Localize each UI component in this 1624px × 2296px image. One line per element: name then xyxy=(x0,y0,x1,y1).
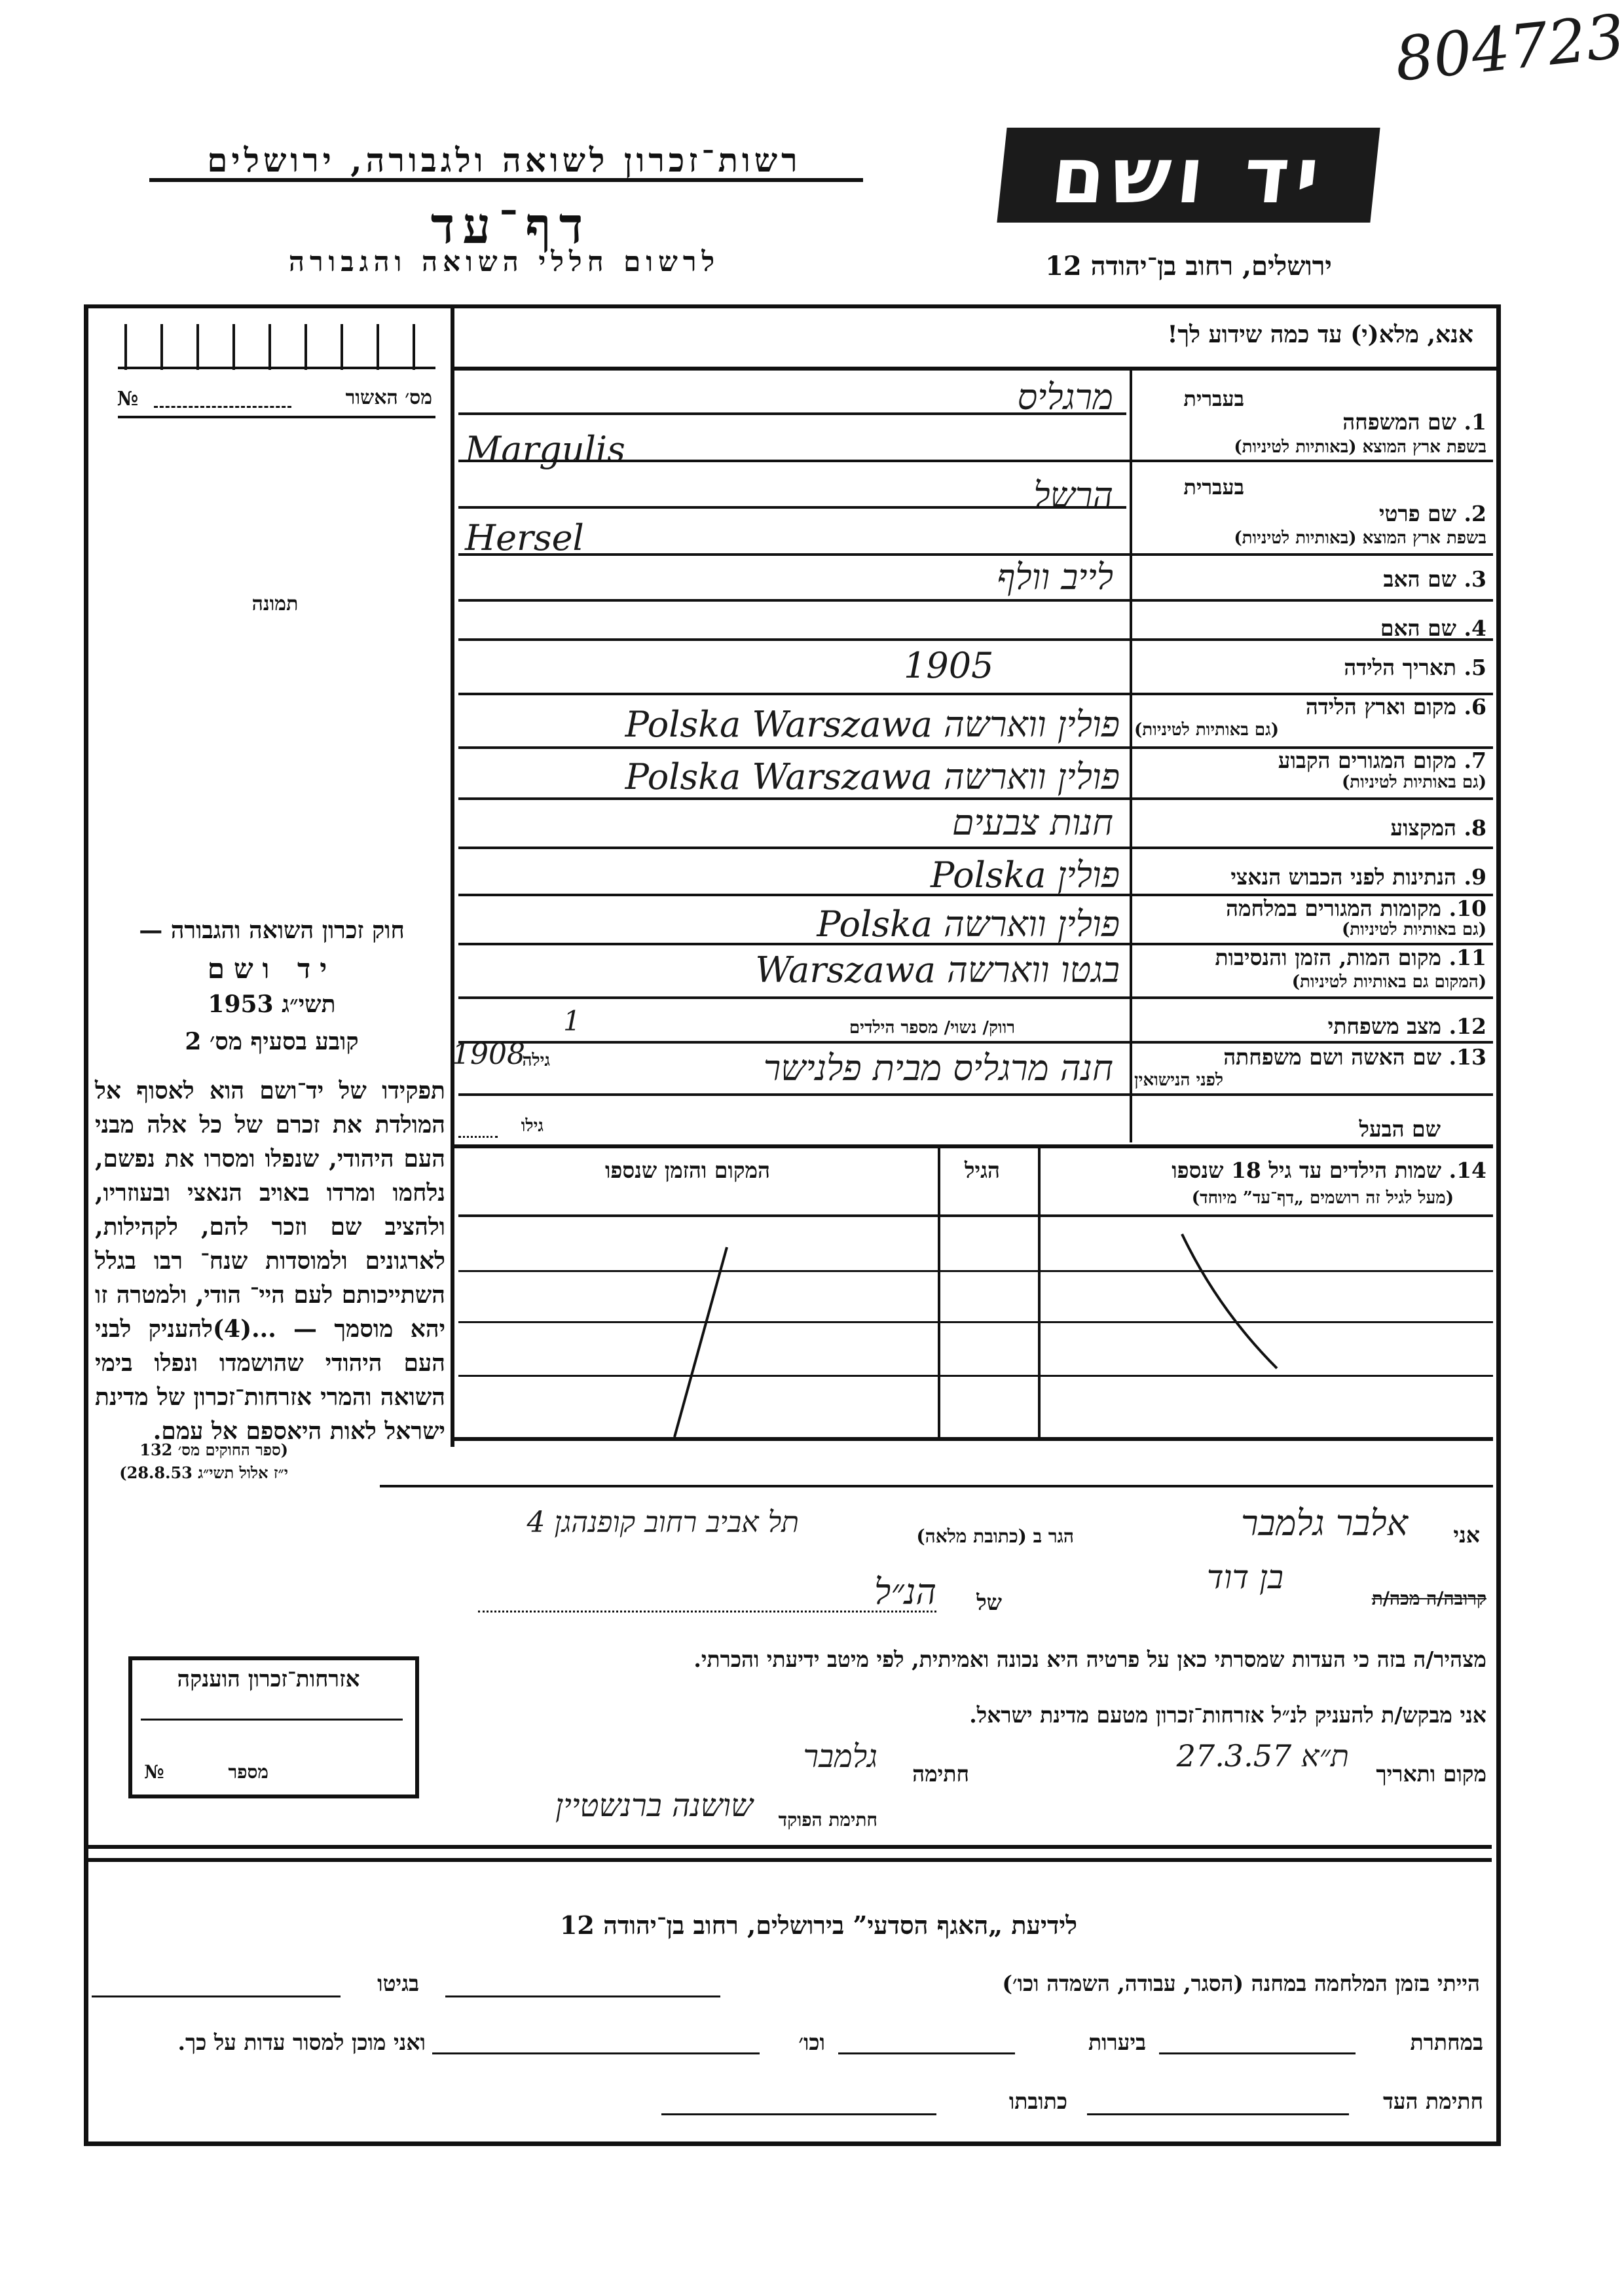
row-line xyxy=(458,553,1493,556)
birth-date-value[interactable]: 1905 xyxy=(904,645,1100,686)
children-struck-line-left xyxy=(668,1244,733,1440)
children-col-divider xyxy=(1038,1147,1041,1438)
children-bottom-line xyxy=(452,1437,1493,1441)
field-12-label: 12. מצב משפחתי xyxy=(1153,1013,1486,1040)
law-reference-2: י״ז אלול תשי״ג 28.8.53) xyxy=(98,1463,288,1483)
record-boxes-baseline xyxy=(118,367,435,369)
declaration-ani: אני xyxy=(1421,1522,1480,1548)
field-7-sublabel: (גם באותיות לטיניות) xyxy=(1134,773,1486,792)
row-line xyxy=(452,1144,1493,1148)
row-line xyxy=(458,599,1493,602)
place-date-label: מקום ותאריך xyxy=(1356,1761,1486,1787)
note-bottom-line xyxy=(380,1485,1493,1487)
row-line xyxy=(458,1093,1493,1096)
row-line xyxy=(458,797,1493,800)
field-1-tag: בעברית xyxy=(1139,386,1244,411)
field-11-label: 11. מקום המות, הזמן והנסיבות xyxy=(1139,945,1486,971)
residing-at-label: הגר ב (כתובת מלאה) xyxy=(805,1525,1074,1548)
underground-field[interactable] xyxy=(1159,2052,1356,2054)
stamp-title: אזרחות־זכרון הוענקה xyxy=(138,1666,399,1692)
children-row-2[interactable] xyxy=(458,1321,1493,1323)
declaration-statement-2: אני מבקש/ת להעניק לנ״ל אזרחות־זכרון מטעם… xyxy=(458,1702,1486,1728)
given-name-hebrew[interactable]: הרשל xyxy=(786,475,1113,516)
witness-address-label: כתובתו xyxy=(950,2088,1067,2115)
signature-label: חתימה xyxy=(884,1761,969,1787)
row-line xyxy=(458,1041,1493,1044)
witness-address-field[interactable] xyxy=(661,2113,936,2115)
husband-name-label: שם הבעל xyxy=(1153,1116,1441,1142)
logo-text: יד ושם xyxy=(1047,130,1330,221)
children-count-value[interactable]: 1 xyxy=(563,1005,642,1037)
field-5-label: 5. תאריך הלידה xyxy=(1153,655,1486,681)
field-9-label: 9. הנתינות לפני הכבוש הנאצי xyxy=(1139,864,1486,890)
death-place-value[interactable]: בגטו ווארשה Warszawa xyxy=(465,949,1120,991)
forests-field[interactable] xyxy=(838,2052,1015,2054)
institution-address: ירושלים, רחוב בן־יהודה 12 xyxy=(1002,251,1375,282)
field-7-label: 7. מקום המגורים הקבוע xyxy=(1153,748,1486,774)
field-2-label: 2. שם פרטי xyxy=(1153,501,1486,527)
row-line xyxy=(458,506,1126,509)
witness-signature-label: חתימת העד xyxy=(1362,2088,1483,2115)
father-name-value[interactable]: לייב וולף xyxy=(655,556,1113,598)
wife-age-value[interactable]: 1908 xyxy=(452,1038,530,1071)
wife-name-value[interactable]: חנה מרגליס מבית פלנישר xyxy=(524,1048,1113,1089)
instruction-divider xyxy=(452,367,1496,371)
row-line xyxy=(458,638,1493,641)
submitter-name-value[interactable]: אלבר גלמבר xyxy=(1080,1503,1408,1544)
other-field[interactable] xyxy=(432,2052,760,2054)
profession-value[interactable]: חנות צבעים xyxy=(524,802,1113,843)
form-subtitle: לרשום חללי השואה והגבורה xyxy=(170,246,838,278)
field-3-label: 3. שם האב xyxy=(1153,566,1486,592)
submitter-address-value[interactable]: תל אביב רחוב קופנהגן 4 xyxy=(458,1506,799,1539)
field-4-label: 4. שם האם xyxy=(1153,615,1486,642)
field-6-sublabel: (גם באותיות לטיניות) xyxy=(1134,720,1486,740)
archive-number: 804723 xyxy=(1392,1,1624,95)
field-11-sublabel: (המקום גם באותיות לטיניות) xyxy=(1134,972,1486,992)
law-year: תשי״ג 1953 xyxy=(98,991,445,1018)
family-name-hebrew[interactable]: מרגליס xyxy=(786,376,1113,418)
declaration-statement-1: מצהיר/ה בזה כי העדות שמסרתי כאן על פרטיה… xyxy=(458,1647,1486,1673)
birth-place-value[interactable]: פולין ווארשה Polska Warszawa xyxy=(465,704,1120,745)
field-10-label: 10. מקומות המגורים במלחמה xyxy=(1139,896,1486,922)
witness-line-1: הייתי בזמן המלחמה במחנה (הסגר, עבודה, הש… xyxy=(786,1971,1480,1997)
stamp-no-symbol: № xyxy=(144,1761,183,1783)
of-label: של xyxy=(950,1590,1002,1616)
section-separator xyxy=(84,1845,1492,1849)
stamp-line[interactable] xyxy=(141,1719,403,1721)
form-instruction: אנא, מלא(י) עד כמה שידוע לך! xyxy=(458,321,1473,348)
witness-signature-field[interactable] xyxy=(1087,2113,1349,2115)
photo-label: תמונה xyxy=(216,592,334,615)
field-13-label: 13. שם האשה ושם משפחתה xyxy=(1139,1044,1486,1070)
header-divider xyxy=(149,178,863,182)
law-section: קובע בסעיף מס׳ 2 xyxy=(98,1028,445,1055)
wartime-residence-value[interactable]: פולין ווארשה Polska xyxy=(465,903,1120,945)
witness-title: לידיעת „האגף הסדעי” בירושלים, רחוב בן־יה… xyxy=(458,1910,1179,1941)
residence-value[interactable]: פולין ווארשה Polska Warszawa xyxy=(465,756,1120,797)
permit-number-field[interactable] xyxy=(154,406,291,408)
field-14-sublabel: (מעל לגיל זה רושמים „דף־עד” מיוחד) xyxy=(1080,1188,1454,1208)
field-13-sublabel: לפני הנישואין xyxy=(1134,1070,1486,1090)
signature-value[interactable]: גלמבר xyxy=(570,1738,877,1775)
witness-ready-statement: ואני מוכן למסור עדות על כך. xyxy=(92,2030,426,2056)
yad-vashem-logo: יד ושם xyxy=(997,128,1380,223)
organization-title: רשות־זכרון לשואה ולגבורה, ירושלים xyxy=(147,141,861,179)
record-number-boxes[interactable] xyxy=(124,324,439,383)
ghetto-label: בגיטו xyxy=(347,1971,419,1997)
family-name-latin[interactable]: Margulis xyxy=(465,429,858,470)
sidebar-divider xyxy=(451,304,454,1447)
row-line xyxy=(458,847,1493,849)
relation-value[interactable]: בן דוד xyxy=(1035,1558,1283,1596)
husband-age-field[interactable] xyxy=(458,1136,498,1138)
field-8-label: 8. המקצוע xyxy=(1153,815,1486,841)
citizenship-value[interactable]: פולין Polska xyxy=(465,854,1120,896)
of-line xyxy=(478,1611,936,1613)
field-1-label: 1. שם המשפחה xyxy=(1153,409,1486,435)
field-10-sublabel: (גם באותיות לטיניות) xyxy=(1134,920,1486,939)
law-title: חוק זכרון השואה והגבורה — xyxy=(98,917,445,944)
law-body-text: תפקידו של יד־ושם הוא לאסוף אל המולדת את … xyxy=(95,1074,445,1448)
row-line xyxy=(458,996,1493,999)
permit-no-symbol: № xyxy=(111,388,144,410)
field-6-label: 6. מקום וארץ הלידה xyxy=(1153,694,1486,720)
row-line xyxy=(458,460,1493,462)
row-line xyxy=(458,412,1126,415)
law-name: יד ושם xyxy=(98,953,445,985)
children-header-line xyxy=(458,1214,1493,1217)
field-1-sublabel: בשפת ארץ המוצא (באותיות לטיניות) xyxy=(1134,437,1486,457)
camp-field[interactable] xyxy=(445,1995,720,1997)
stamp-number-label: מספר xyxy=(196,1761,268,1783)
given-name-latin[interactable]: Hersel xyxy=(465,517,858,558)
ghetto-field[interactable] xyxy=(92,1995,341,1997)
children-age-header: הגיל xyxy=(943,1157,1022,1184)
clerk-signature-label: חתימת הפוקד xyxy=(760,1809,877,1831)
etc-label: וכו׳ xyxy=(773,2030,825,2056)
marital-status-options[interactable]: רווק/ נשוי/ מספר הילדים xyxy=(655,1018,1015,1038)
husband-age-label: גילו xyxy=(485,1116,544,1136)
permit-divider xyxy=(118,416,435,418)
children-struck-line-right xyxy=(1179,1231,1283,1375)
children-col-divider xyxy=(938,1147,940,1438)
children-row-3[interactable] xyxy=(458,1375,1493,1377)
field-2-tag: בעברית xyxy=(1139,475,1244,500)
field-2-sublabel: בשפת ארץ המוצא (באותיות לטיניות) xyxy=(1134,528,1486,548)
label-column-divider xyxy=(1130,370,1132,1142)
relation-label: קרובה/ה מכה/ת xyxy=(1310,1588,1486,1610)
of-value[interactable]: הנ״ל xyxy=(720,1571,936,1613)
children-row-1[interactable] xyxy=(458,1270,1493,1272)
underground-label: במחתרת xyxy=(1375,2030,1483,2056)
section-separator xyxy=(84,1858,1492,1862)
forests-label: ביערות xyxy=(1022,2030,1146,2056)
place-date-value[interactable]: ת״א 27.3.57 xyxy=(1035,1738,1349,1774)
children-place-time-header: המקום והזמן שנספו xyxy=(458,1157,917,1184)
law-reference-1: (ספר החוקים מס׳ 132 xyxy=(98,1440,288,1460)
photo-area[interactable] xyxy=(118,422,435,881)
field-14-label: 14. שמות הילדים עד גיל 18 שנספו xyxy=(1120,1157,1486,1184)
clerk-signature-value[interactable]: שושנה ברנשטיין xyxy=(445,1787,753,1824)
